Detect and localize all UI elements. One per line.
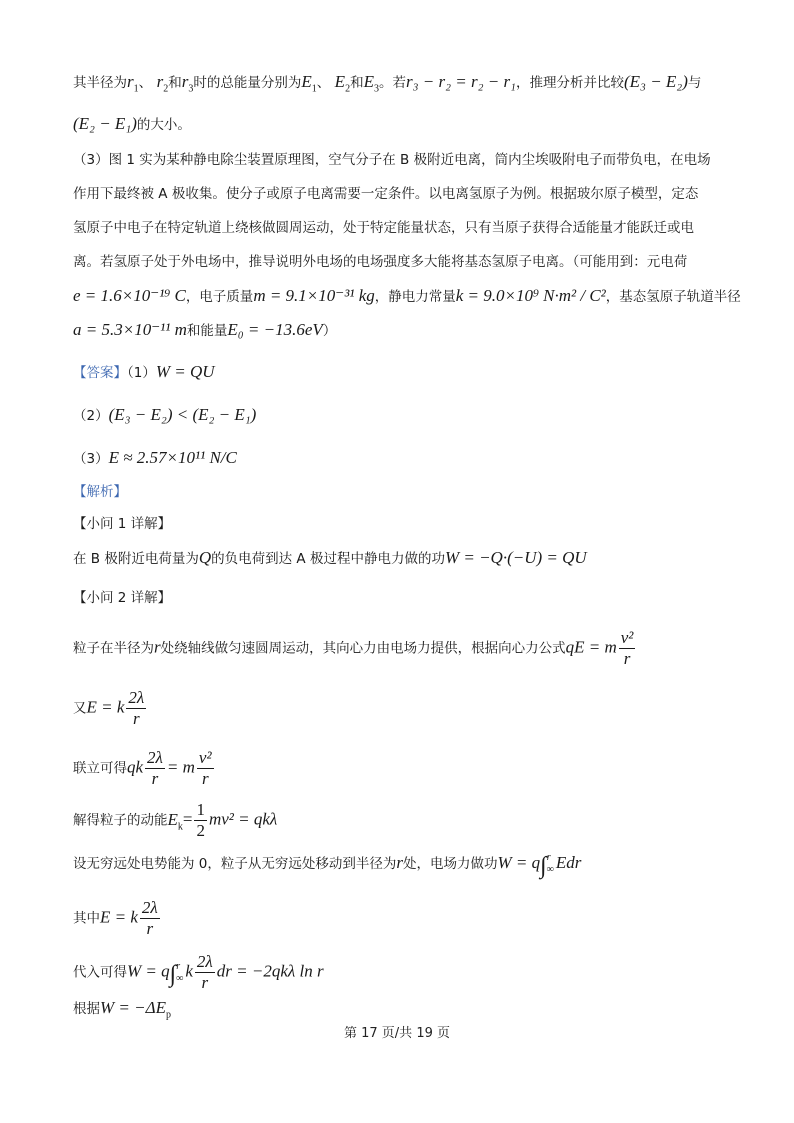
answer-line-3: （3）E ≈ 2.57×10¹¹ N/C — [73, 448, 237, 469]
sub1-heading: 【小问 1 详解】 — [73, 514, 171, 534]
sub2-line-1: 粒子在半径为r处绕轴线做匀速圆周运动，其向心力由电场力提供，根据向心力公式qE … — [73, 628, 637, 669]
text: 联立可得 — [73, 761, 127, 777]
document-page: 其半径为r1、 r2和r3时的总能量分别为E1、 E2和E3。若r₃ − r₂ … — [0, 0, 794, 1123]
r1: r1 — [127, 72, 139, 91]
sub2-line-6: 其中E = k2λr — [73, 898, 162, 939]
analysis-label: 【解析】 — [73, 482, 127, 502]
work-potential-relation: W = −ΔEp — [100, 998, 171, 1017]
formula-rhs: dr = −2qkλ ln r — [217, 962, 324, 981]
text: 和能量 — [187, 323, 228, 339]
E2: E2 — [335, 72, 350, 91]
integral-sign: ∫ — [170, 962, 177, 988]
text: ，电子质量 — [186, 289, 254, 305]
elementary-charge: e = 1.6×10⁻¹⁹ C — [73, 286, 186, 305]
page-footer: 第 17 页/共 19 页 — [0, 1022, 794, 1041]
part3-line-4: 离。若氢原子处于外电场中，推导说明外电场的电场强度多大能将基态氢原子电离。（可能… — [73, 252, 687, 272]
text: 根据 — [73, 1001, 100, 1017]
formula-lhs: qE = m — [566, 638, 617, 657]
answer-expression: W = QU — [156, 362, 215, 381]
text: 、 — [139, 75, 153, 91]
text: 设无穷远处电势能为 0，粒子从无穷远处移动到半径为 — [73, 856, 396, 872]
sub2-line-5: 设无穷远处电势能为 0，粒子从无穷远处移动到半径为r处，电场力做功W = q∫r… — [73, 852, 581, 876]
part3-line-2: 作用下最终被 A 极收集。使分子或原子电离需要一定条件。以电离氢原子为例。根据玻… — [73, 184, 698, 204]
fraction: 2λr — [140, 898, 160, 939]
orbit-radius: a = 5.3×10⁻¹¹ m — [73, 320, 187, 339]
answer-number: （3） — [73, 451, 109, 467]
text: ） — [323, 323, 337, 339]
question-line-2: (E₂ − E₁)的大小。 — [73, 114, 191, 135]
constant-k: k — [185, 962, 193, 981]
r3: r3 — [182, 72, 194, 91]
answer-line-1: 【答案】（1）W = QU — [73, 362, 215, 383]
sub2-line-3: 联立可得qk2λr= mv²r — [73, 748, 216, 789]
text: 粒子在半径为 — [73, 641, 154, 657]
text: 其中 — [73, 911, 100, 927]
radius-r: r — [154, 638, 161, 657]
text: 在 B 极附近电荷量为 — [73, 551, 199, 567]
text: 、 — [317, 75, 331, 91]
formula-rhs: mv² = qkλ — [209, 810, 277, 829]
E1: E1 — [301, 72, 316, 91]
equals: = — [183, 810, 193, 829]
sub2-line-4: 解得粒子的动能Ek=12mv² = qkλ — [73, 800, 277, 841]
text: 时的总能量分别为 — [193, 75, 301, 91]
electron-mass: m = 9.1×10⁻³¹ kg — [253, 286, 374, 305]
part3-line-1: （3）图 1 实为某种静电除尘装置原理图，空气分子在 B 极附近电离，筒内尘埃吸… — [73, 150, 711, 170]
question-line-1: 其半径为r1、 r2和r3时的总能量分别为E1、 E2和E3。若r₃ − r₂ … — [73, 72, 701, 99]
energy-diff-32: (E₃ − E₂) — [624, 72, 688, 91]
text: 和 — [350, 75, 364, 91]
constants-line-2: a = 5.3×10⁻¹¹ m和能量E₀ = −13.6eV） — [73, 320, 336, 341]
text: 。若 — [379, 75, 406, 91]
text: 又 — [73, 701, 87, 717]
integral-limits: r∞ — [547, 852, 554, 876]
text: 与 — [688, 75, 702, 91]
text: 和 — [168, 75, 182, 91]
text: 的负电荷到达 A 极过程中静电力做的功 — [211, 551, 445, 567]
text: 处绕轴线做匀速圆周运动，其向心力由电场力提供，根据向心力公式 — [161, 641, 566, 657]
text: 解得粒子的动能 — [73, 813, 168, 829]
formula-lhs: E = k — [87, 698, 125, 717]
fraction: v²r — [197, 748, 214, 789]
sub2-line-7: 代入可得W = q∫r∞k2λrdr = −2qkλ ln r — [73, 952, 324, 993]
energy-diff-21: (E₂ − E₁) — [73, 114, 137, 133]
fraction: 2λr — [145, 748, 165, 789]
text: ，推理分析并比较 — [516, 75, 624, 91]
sub2-line-2: 又E = k2λr — [73, 688, 148, 729]
sub1-line: 在 B 极附近电荷量为Q的负电荷到达 A 极过程中静电力做的功W = −Q·(−… — [73, 548, 587, 569]
work-expression: W = −Q·(−U) = QU — [445, 548, 587, 567]
E3: E3 — [364, 72, 379, 91]
integral-limits: r∞ — [176, 961, 183, 985]
r2: r2 — [157, 72, 169, 91]
integral-sign: ∫ — [540, 853, 547, 879]
fraction: 2λr — [195, 952, 215, 993]
fraction: v²r — [619, 628, 636, 669]
coulomb-constant: k = 9.0×10⁹ N·m² / C² — [456, 286, 606, 305]
sub2-heading: 【小问 2 详解】 — [73, 588, 171, 608]
ground-energy: E₀ = −13.6eV — [227, 320, 322, 339]
formula-rhs: Edr — [556, 853, 582, 872]
answer-expression: (E₃ − E₂) < (E₂ − E₁) — [109, 405, 257, 424]
part3-line-3: 氢原子中电子在特定轨道上绕核做圆周运动，处于特定能量状态，只有当原子获得合适能量… — [73, 218, 694, 238]
text: 的大小。 — [137, 117, 191, 133]
answer-label: 【答案】 — [73, 365, 127, 381]
answer-line-2: （2）(E₃ − E₂) < (E₂ − E₁) — [73, 405, 256, 426]
radius-condition: r₃ − r₂ = r₂ − r₁ — [406, 72, 516, 91]
answer-number: （1） — [127, 365, 156, 381]
fraction: 12 — [194, 800, 207, 841]
text: 代入可得 — [73, 965, 127, 981]
formula-mid: = m — [167, 758, 195, 777]
formula-lhs: W = q — [127, 962, 170, 981]
formula-lhs: E = k — [100, 908, 138, 927]
kinetic-energy: Ek — [168, 810, 183, 829]
formula-lhs: W = q — [498, 853, 541, 872]
text: 其半径为 — [73, 75, 127, 91]
text: 处，电场力做功 — [403, 856, 498, 872]
constants-line-1: e = 1.6×10⁻¹⁹ C，电子质量m = 9.1×10⁻³¹ kg，静电力… — [73, 286, 741, 307]
answer-expression: E ≈ 2.57×10¹¹ N/C — [109, 448, 237, 467]
charge-Q: Q — [199, 548, 211, 567]
fraction: 2λr — [126, 688, 146, 729]
text: ，静电力常量 — [375, 289, 456, 305]
formula-lhs: qk — [127, 758, 143, 777]
answer-number: （2） — [73, 408, 109, 424]
text: ，基态氢原子轨道半径 — [606, 289, 741, 305]
